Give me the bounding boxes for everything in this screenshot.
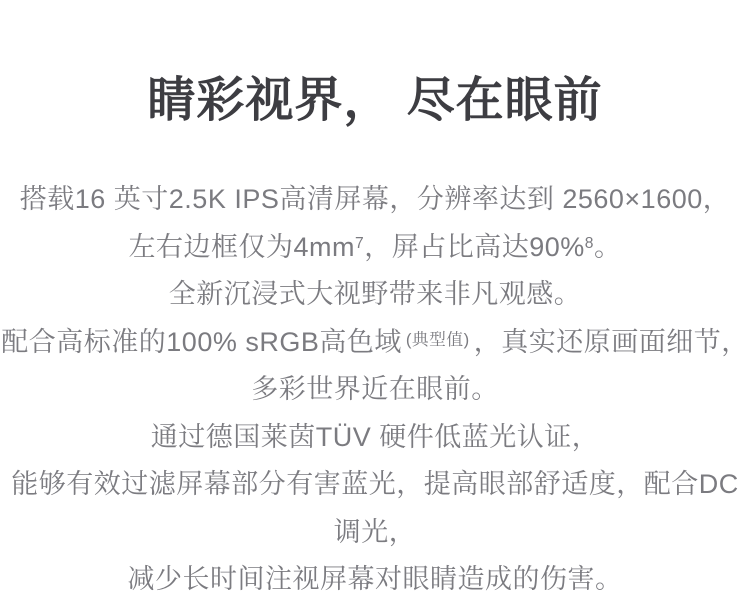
feature-line-tuv-cert: 通过德国莱茵TÜV 硬件低蓝光认证，: [0, 414, 750, 462]
feature-line-blue-light: 能够有效过滤屏幕部分有害蓝光，提高眼部舒适度，配合DC调光，: [0, 461, 750, 556]
feature-line-srgb: 配合高标准的100% sRGB高色域(典型值)，真实还原画面细节，: [0, 319, 750, 367]
feature-line-immersive-text: 全新沉浸式大视野带来非凡观感。: [169, 279, 582, 309]
feature-line-tuv-cert-text: 通过德国莱茵TÜV 硬件低蓝光认证，: [151, 422, 600, 452]
feature-line-bezel-text-pre: 左右边框仅为4mm: [129, 232, 356, 262]
section-title: 睛彩视界， 尽在眼前: [0, 0, 750, 132]
feature-line-eye-protection: 减少长时间注视屏幕对眼睛造成的伤害。: [0, 556, 750, 597]
feature-line-colorful-world: 多彩世界近在眼前。: [0, 366, 750, 414]
feature-line-srgb-text-pre: 配合高标准的100% sRGB高色域: [1, 327, 402, 357]
feature-line-bezel-text-mid: ，屏占比高达90%: [364, 232, 585, 262]
feature-line-bezel-text-end: 。: [594, 232, 622, 262]
feature-line-blue-light-text: 能够有效过滤屏幕部分有害蓝光，提高眼部舒适度，配合DC调光，: [11, 469, 739, 547]
footnote-ref-7: 7: [355, 235, 364, 252]
feature-line-srgb-text-end: ，真实还原画面细节，: [474, 327, 749, 357]
footnote-ref-8: 8: [585, 235, 594, 252]
feature-line-bezel: 左右边框仅为4mm7，屏占比高达90%8。: [0, 224, 750, 272]
product-feature-section: 睛彩视界， 尽在眼前 搭载16 英寸2.5K IPS高清屏幕，分辨率达到 256…: [0, 0, 750, 597]
feature-line-screen-spec-text: 搭载16 英寸2.5K IPS高清屏幕，分辨率达到 2560×1600，: [20, 184, 731, 214]
section-description: 搭载16 英寸2.5K IPS高清屏幕，分辨率达到 2560×1600， 左右边…: [0, 176, 750, 597]
typical-value-annotation: (典型值): [406, 330, 470, 349]
feature-line-screen-spec: 搭载16 英寸2.5K IPS高清屏幕，分辨率达到 2560×1600，: [0, 176, 750, 224]
feature-line-colorful-world-text: 多彩世界近在眼前。: [251, 374, 499, 404]
feature-line-immersive: 全新沉浸式大视野带来非凡观感。: [0, 271, 750, 319]
feature-line-eye-protection-text: 减少长时间注视屏幕对眼睛造成的伤害。: [128, 564, 623, 594]
